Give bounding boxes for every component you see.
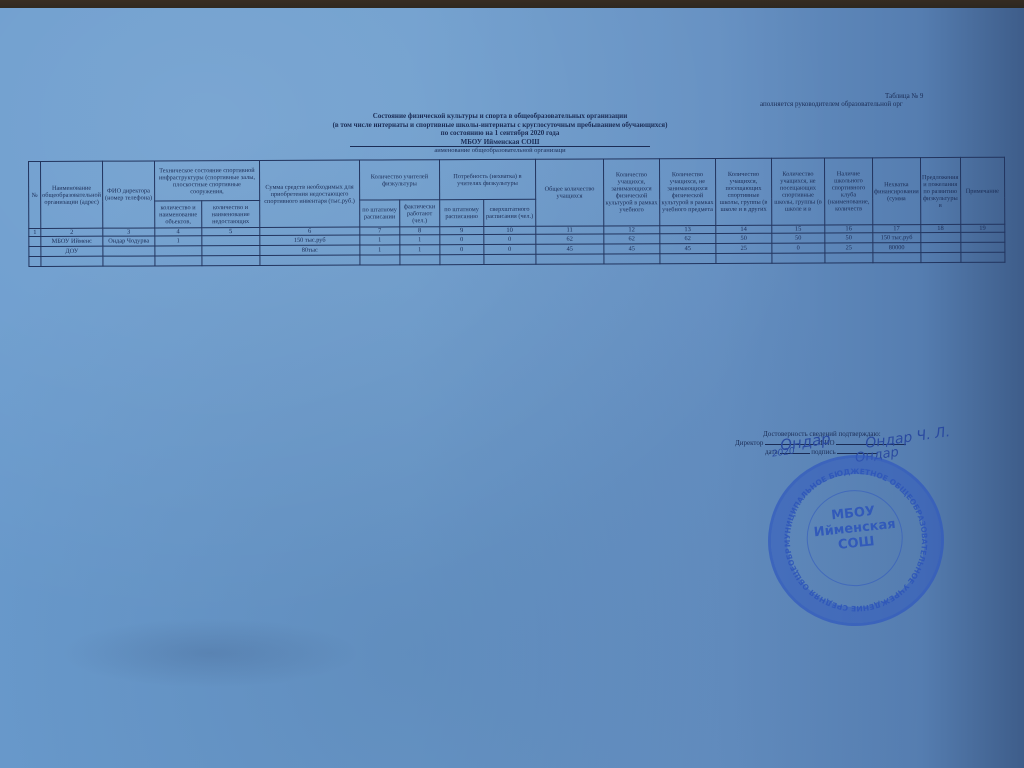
table-cell-c6: 80тыс	[260, 245, 360, 255]
header-actual-teachers: фактически работают (чел.)	[400, 200, 440, 227]
table-cell-c11	[536, 254, 604, 264]
table-cell-c8: 1	[400, 245, 440, 255]
table-cell-c3	[103, 246, 155, 256]
header-staff-schedule: по штатному расписании	[360, 200, 400, 227]
report-table: № Наименование общеобразовательной орган…	[28, 157, 1005, 267]
table-cell-c5	[202, 245, 260, 255]
col-num: 7	[360, 227, 400, 235]
table-cell-c12: 62	[604, 234, 660, 244]
header-students-no-sport-schools: Количество учащихся, не посещающих спорт…	[771, 158, 824, 225]
col-num: 2	[41, 228, 103, 236]
filled-by-note: аполняется руководителем образовательной…	[760, 100, 903, 108]
header-need-staff: по штатному расписанию	[440, 200, 484, 227]
header-teachers-need: Потребность (нехватка) в учителях физкул…	[439, 159, 535, 199]
col-num: 19	[960, 224, 1004, 232]
header-tech-state: Техническое состояние спортивной инфраст…	[154, 160, 259, 200]
table-cell-c7: 1	[360, 245, 400, 255]
table-cell-c12: 45	[604, 244, 660, 254]
table-cell-c9: 0	[440, 245, 484, 255]
table-cell-c17: 150 тыс.руб	[873, 233, 921, 243]
col-num: 3	[103, 228, 155, 236]
table-cell-c12	[604, 254, 660, 264]
director-label: Директор	[735, 439, 763, 447]
table-cell-c5	[202, 255, 260, 265]
header-sport-club: Наличие школьного спортивного клуба (наи…	[824, 158, 872, 225]
table-cell-c13: 62	[660, 234, 716, 244]
table-cell-c1	[29, 236, 41, 246]
col-num: 12	[604, 226, 660, 234]
table-cell-c17: 80000	[873, 243, 921, 253]
table-cell-c2	[41, 256, 103, 266]
col-num: 9	[440, 227, 484, 235]
header-objects-count: количество и наименование объектов,	[155, 201, 202, 228]
header-number: №	[29, 161, 41, 228]
header-funding-gap: Нехватка финансирования (сумма	[872, 158, 920, 225]
table-cell-c14	[716, 253, 772, 263]
table-cell-c3: Ондар Чодурва	[103, 236, 155, 246]
table-cell-c2: ДОУ	[41, 246, 103, 256]
table-cell-c9: 0	[440, 235, 484, 245]
table-cell-c1	[29, 246, 41, 256]
table-cell-c8: 1	[400, 235, 440, 245]
table-cell-c10	[484, 254, 536, 264]
col-num: 17	[873, 225, 921, 233]
table-cell-c8	[400, 255, 440, 265]
paper-fold-shadow	[60, 618, 360, 688]
header-need-extra: сверхштатного расписания (чел.)	[484, 199, 536, 226]
table-cell-c15: 50	[772, 233, 825, 243]
table-cell-c18	[921, 242, 961, 252]
table-cell-c2: МБОУ Ийменс	[41, 236, 103, 246]
table-cell-c18	[920, 232, 960, 242]
organization-stamp: МУНИЦИПАЛЬНОЕ БЮДЖЕТНОЕ ОБЩЕОБРАЗОВАТЕЛЬ…	[760, 446, 953, 634]
organization-name: МБОУ Ийменская СОШ	[350, 138, 650, 148]
document-title: Состояние физической культуры и спорта в…	[300, 112, 700, 156]
col-num: 4	[155, 228, 202, 236]
table-cell-c15	[772, 253, 825, 263]
table-cell-c6	[260, 255, 360, 265]
table-cell-c19	[960, 232, 1004, 242]
title-line-1: Состояние физической культуры и спорта в…	[300, 112, 700, 121]
table-cell-c3	[103, 256, 155, 266]
table-cell-c19	[961, 252, 1005, 262]
col-num: 16	[825, 225, 873, 233]
table-cell-c16: 50	[825, 233, 873, 243]
table-cell-c10: 0	[484, 234, 536, 244]
table-cell-c14: 50	[716, 233, 772, 243]
table-cell-c15: 0	[772, 243, 825, 253]
table-cell-c17	[873, 253, 921, 263]
header-students-pe: Количество учащихся, занимающихся физиче…	[603, 159, 659, 226]
table-number: Таблица № 9	[885, 92, 923, 100]
col-num: 14	[716, 225, 772, 233]
table-cell-c4	[155, 246, 202, 256]
title-line-3: по состоянию на 1 сентября 2020 года	[300, 129, 700, 138]
header-note: Примечание	[960, 157, 1004, 224]
header-students-no-pe: Количество учащихся, не занимающихся физ…	[659, 159, 715, 226]
title-line-2: (в том числе интернаты и спортивные школ…	[280, 121, 720, 130]
table-cell-c4: 1	[155, 236, 202, 246]
header-org-name: Наименование общеобразовательной организ…	[41, 161, 103, 228]
col-num: 8	[400, 227, 440, 235]
table-cell-c16	[825, 253, 873, 263]
col-num: 15	[772, 225, 825, 233]
col-num: 18	[920, 224, 960, 232]
table-cell-c9	[440, 255, 484, 265]
header-missing-count: количество и наименование недостающих	[202, 200, 260, 227]
table-cell-c10: 0	[484, 244, 536, 254]
header-total-students: Общее количество учащихся	[535, 159, 603, 226]
table-cell-c4	[155, 256, 202, 266]
table-cell-c7	[360, 255, 400, 265]
table-cell-c1	[29, 256, 41, 266]
table-cell-c11: 62	[536, 234, 604, 244]
header-teachers-count: Количество учителей физкультуры	[359, 160, 439, 200]
header-students-sport-schools: Количество учащихся, посещающих спортивн…	[715, 158, 771, 225]
col-num: 5	[202, 227, 260, 235]
organization-caption: аименование общеобразовательной организа…	[300, 147, 700, 156]
table-cell-c19	[961, 242, 1005, 252]
table-cell-c14: 25	[716, 243, 772, 253]
col-num: 13	[660, 226, 716, 234]
header-director: ФИО директора (номер телефона)	[102, 161, 154, 228]
table-cell-c18	[921, 252, 961, 262]
header-sum-needed: Сумма средств необходимых для приобретен…	[259, 160, 359, 227]
table-cell-c13: 45	[660, 244, 716, 254]
col-num: 1	[29, 228, 41, 236]
table-cell-c13	[660, 253, 716, 263]
table-cell-c7: 1	[360, 235, 400, 245]
col-num: 10	[484, 226, 536, 234]
table-cell-c16: 25	[825, 243, 873, 253]
table-cell-c5	[202, 235, 260, 245]
header-proposals: Предложения и пожелания по развитию физк…	[920, 157, 960, 224]
table-cell-c6: 150 тыс.руб	[260, 235, 360, 245]
table-cell-c11: 45	[536, 244, 604, 254]
